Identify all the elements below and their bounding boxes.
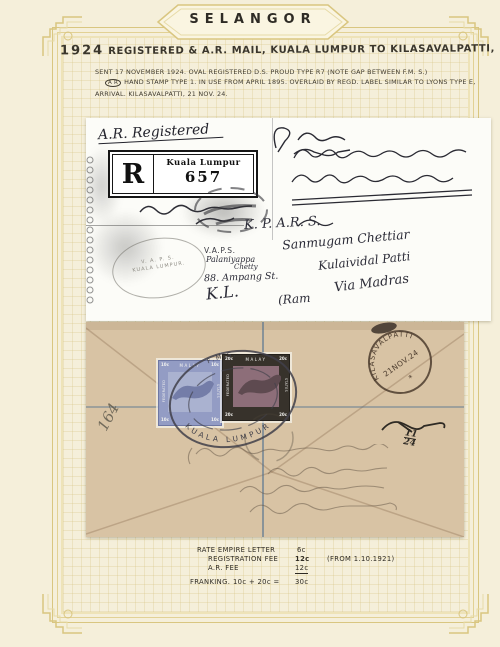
rate-row-note: (FROM 1.10.1921) [327, 555, 395, 563]
ar-registered-note: A.R. Registered [98, 121, 224, 145]
rate-row-label: REGISTRATION FEE [208, 555, 278, 563]
arrival-cds-kilasavalpatti: KILASAVALPATTI 21NOV.24 * [352, 318, 452, 406]
arrival-cds-date: 21NOV.24 [381, 348, 420, 379]
address-line-district: (Ram [278, 291, 311, 307]
heading-year: 1924 [60, 43, 104, 58]
oval-postmark-region: F.M.S. [205, 348, 239, 365]
note-line-sent: SENT 17 NOVEMBER 1924. OVAL REGISTERED D… [95, 68, 428, 76]
address-line-town: Kulaividal Patti [318, 249, 412, 273]
pencil-script-squiggle [168, 444, 436, 526]
rate-row-label: A.R. FEE [208, 564, 239, 572]
franking-expression: 10c + 20c = [233, 578, 280, 586]
ar-handstamp-badge: A R [105, 79, 121, 87]
note-line-arrival: ARRIVAL. KILASAVALPATTI, 21 NOV. 24. [95, 90, 228, 98]
sender-name-2: Chetty [234, 263, 258, 271]
sender-street: 88. Ampang St. [204, 271, 279, 285]
rate-row-amount: 12c [295, 555, 310, 563]
heading: 1924REGISTERED & A.R. MAIL, KUALA LUMPUR… [60, 41, 460, 59]
franking-total: 30c [295, 578, 308, 586]
corner-ornament-icon [449, 594, 491, 636]
registration-office: Kuala Lumpur [154, 158, 253, 168]
note-line-handstamp: A RHAND STAMP TYPE 1. IN USE FROM APRIL … [105, 78, 476, 87]
album-page: SELANGOR 1924REGISTERED & A.R. MAIL, KUA… [0, 0, 500, 647]
svg-text:F.M.S.: F.M.S. [205, 348, 239, 365]
note-line-handstamp-text: HAND STAMP TYPE 1. IN USE FROM APRIL 189… [124, 78, 475, 86]
rate-row-amount: 6c [297, 546, 306, 554]
photocopy-border-strip [84, 154, 96, 314]
sender-city: K.L. [205, 281, 240, 303]
cover-front-photocopy: A.R. Registered R Kuala Lumpur 657 [86, 118, 491, 321]
registration-letter: R [113, 155, 154, 193]
corner-ornament-icon [40, 594, 82, 636]
address-line-via: Via Madras [333, 271, 410, 295]
rate-row-amount: 12c [295, 564, 308, 574]
franking-label: FRANKING. [190, 578, 230, 586]
rate-row-label: RATE EMPIRE LETTER [197, 546, 275, 554]
sender-initials: V.A.P.S. [204, 246, 236, 255]
heading-text: REGISTERED & A.R. MAIL, KUALA LUMPUR TO … [108, 43, 500, 57]
cds-star: * [407, 373, 415, 383]
cover-back: MALAY FEDERATED STATES 10c 10c 10c 10c M… [86, 322, 464, 537]
page-title: SELANGOR [148, 12, 358, 27]
